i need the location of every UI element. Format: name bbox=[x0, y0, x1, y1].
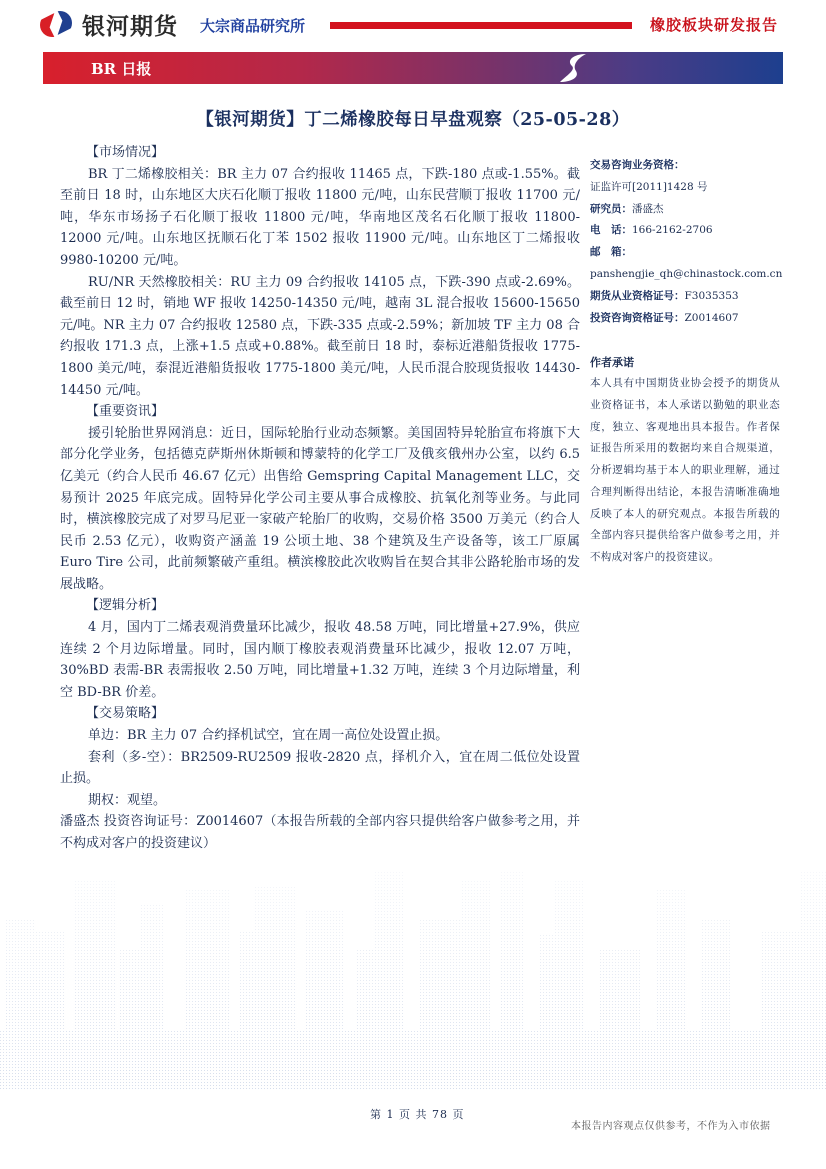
report-body: 【市场情况】 BR 丁二烯橡胶相关：BR 主力 07 合约报收 11465 点，… bbox=[60, 142, 580, 855]
analyst-signature: 潘盛杰 投资咨询证号：Z0014607（本报告所载的全部内容只提供给客户做参考之… bbox=[60, 811, 580, 854]
analyst-sidebar: 交易咨询业务资格： 证监许可[2011]1428 号 研究员：潘盛杰 电 话：1… bbox=[590, 155, 780, 569]
email-link[interactable]: panshengjie_qh@chinastock.com.cn bbox=[590, 268, 782, 280]
paragraph-ru-nr: RU/NR 天然橡胶相关：RU 主力 09 合约报收 14105 点，下跌-39… bbox=[60, 272, 580, 402]
report-type: 橡胶板块研发报告 bbox=[650, 14, 778, 35]
paragraph-news: 援引轮胎世界网消息：近日，国际轮胎行业动态频繁。美国固特异轮胎宣布将旗下大部分化… bbox=[60, 423, 580, 596]
section-heading-market: 【市场情况】 bbox=[60, 142, 580, 164]
invest-cert-label: 投资咨询资格证号： bbox=[590, 312, 685, 324]
swoosh-icon bbox=[556, 52, 596, 84]
section-heading-news: 【重要资讯】 bbox=[60, 401, 580, 423]
institute-name: 大宗商品研究所 bbox=[200, 15, 305, 36]
company-name: 银河期货 bbox=[82, 8, 178, 41]
researcher-name: 潘盛杰 bbox=[632, 203, 664, 215]
footer-disclaimer: 本报告内容观点仅供参考，不作为入市依据 bbox=[571, 1117, 771, 1132]
header-divider bbox=[330, 22, 632, 29]
section-heading-logic: 【逻辑分析】 bbox=[60, 595, 580, 617]
paragraph-br: BR 丁二烯橡胶相关：BR 主力 07 合约报收 11465 点，下跌-180 … bbox=[60, 164, 580, 272]
document-title: 【银河期货】丁二烯橡胶每日早盘观察（25-05-28） bbox=[0, 106, 826, 131]
author-promise-title: 作者承诺 bbox=[590, 353, 780, 373]
galaxy-logo-icon bbox=[40, 9, 74, 39]
invest-cert-value: Z0014607 bbox=[685, 312, 739, 324]
email-label: 邮 箱： bbox=[590, 246, 632, 258]
researcher-label: 研究员： bbox=[590, 203, 632, 215]
banner-label: BR 日报 bbox=[91, 58, 151, 79]
paragraph-arbitrage: 套利（多-空）：BR2509-RU2509 报收-2820 点，择机介入，宜在周… bbox=[60, 747, 580, 790]
qualification-label: 交易咨询业务资格： bbox=[590, 159, 685, 171]
header-banner: BR 日报 bbox=[43, 52, 783, 84]
company-logo: 银河期货 bbox=[40, 6, 178, 42]
skyline-watermark-icon bbox=[0, 860, 826, 1090]
author-promise-text: 本人具有中国期货业协会授予的期货从业资格证书，本人承诺以勤勉的职业态度，独立、客… bbox=[590, 373, 780, 568]
phone-label: 电 话： bbox=[590, 224, 632, 236]
paragraph-unilateral: 单边：BR 主力 07 合约择机试空，宜在周一高位处设置止损。 bbox=[60, 725, 580, 747]
phone-value: 166-2162-2706 bbox=[632, 224, 713, 236]
section-heading-strategy: 【交易策略】 bbox=[60, 703, 580, 725]
qualification-value: 证监许可[2011]1428 号 bbox=[590, 181, 707, 193]
futures-cert-label: 期货从业资格证号： bbox=[590, 290, 685, 302]
page-number: 第 1 页 共 78 页 bbox=[370, 1106, 464, 1122]
paragraph-logic: 4 月，国内丁二烯表观消费量环比减少，报收 48.58 万吨，同比增量+27.9… bbox=[60, 617, 580, 703]
paragraph-options: 期权：观望。 bbox=[60, 790, 580, 812]
futures-cert-value: F3035353 bbox=[685, 290, 739, 302]
